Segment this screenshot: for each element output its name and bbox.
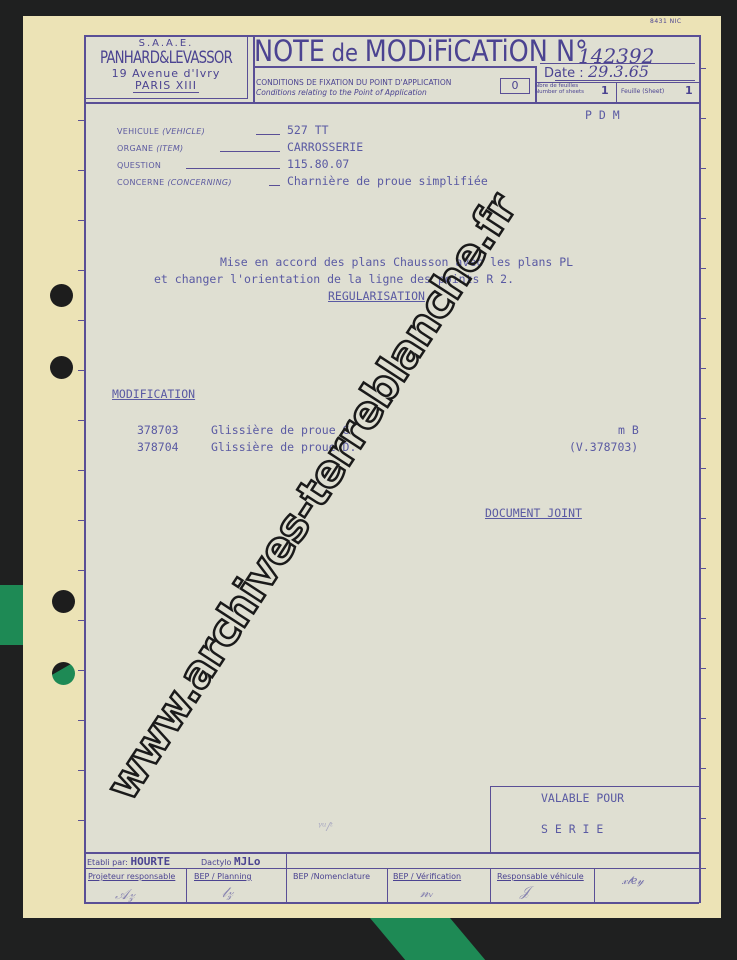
part-ref: 378703 [137, 423, 179, 437]
field-organe-label: ORGANE (ITEM) [117, 144, 183, 153]
form-area [84, 36, 699, 902]
background-stripe [370, 918, 492, 960]
sheets-count-label: Nbre de feuilles Number of sheets [535, 83, 584, 95]
sheets-count: 1 [601, 84, 609, 97]
sheet-label: Feuille (Sheet) [621, 88, 664, 95]
signature: 𝓍𝓁𝑒𝓎 [622, 874, 644, 888]
pdm-code: P D M [585, 108, 620, 122]
col-responsable-vehicule: Responsable véhicule [497, 872, 584, 881]
col-bep-verification: BEP / Vérification [393, 872, 461, 881]
punch-hole [52, 662, 75, 685]
modification-heading: MODIFICATION [112, 387, 195, 401]
body-line-1: Mise en accord des plans Chausson avec l… [220, 255, 573, 269]
part-note: (V.378703) [569, 440, 638, 454]
col-bep-nomenclature: BEP /Nomenclature [293, 872, 370, 881]
company-block: S.A.A.E. PANHARD&LEVASSOR 19 Avenue d'Iv… [84, 35, 248, 99]
col-bep-planning: BEP / Planning [194, 872, 252, 881]
validity-line-1: VALABLE POUR [541, 791, 624, 805]
signature: 𝒥 [520, 884, 530, 900]
col-projeteur: Projeteur responsable [88, 872, 175, 881]
dactylo: Dactylo MJLo [201, 855, 261, 868]
date-label: Date : [544, 66, 584, 81]
sheets-label-en: Number of sheets [535, 89, 584, 95]
title-de: de [325, 39, 365, 67]
title-modification: MODiFiCATiON N° [365, 34, 588, 68]
field-concerne-value: Charnière de proue simplifiée [287, 174, 488, 188]
signature: 𝓃ᵥ [420, 885, 434, 901]
part-ref: 378704 [137, 440, 179, 454]
punch-hole [52, 590, 75, 613]
field-vehicule-value: 527 TT [287, 123, 329, 137]
document-joint: DOCUMENT JOINT [485, 506, 582, 520]
signature: 𝒜𝓏 [115, 887, 135, 903]
conditions-en: Conditions relating to the Point of Appl… [256, 88, 451, 98]
company-city: PARIS XIII [133, 79, 199, 93]
sheet-number: 1 [685, 84, 693, 97]
conditions-fr: CONDITIONS DE FIXATION DU POINT D'APPLIC… [256, 78, 451, 88]
application-point-value: 0 [500, 78, 530, 94]
validity-line-2: S E R I E [541, 822, 603, 836]
etabli-par: Etabli par: HOURTE [87, 855, 170, 868]
part-note: m B [618, 423, 639, 437]
form-code: 8431 NIC [650, 18, 682, 25]
field-question-value: 115.80.07 [287, 157, 349, 171]
conditions-label: CONDITIONS DE FIXATION DU POINT D'APPLIC… [256, 78, 451, 98]
punch-hole [50, 284, 73, 307]
field-vehicule-label: VEHICULE (VEHICLE) [117, 127, 205, 136]
field-concerne-label: CONCERNE (CONCERNING) [117, 178, 232, 187]
field-organe-value: CARROSSERIE [287, 140, 363, 154]
form-title: NOTE de MODiFiCATiON N° [254, 34, 588, 68]
pencil-mark: ᵞᵘ∕ᵗ [318, 820, 333, 833]
signature: 𝓁𝓏 [222, 885, 233, 901]
punch-hole [50, 356, 73, 379]
field-question-label: QUESTION [117, 161, 161, 170]
date-value: 29.3.65 [588, 62, 649, 81]
title-note: NOTE [254, 34, 325, 68]
company-name: PANHARD&LEVASSOR [87, 49, 245, 67]
